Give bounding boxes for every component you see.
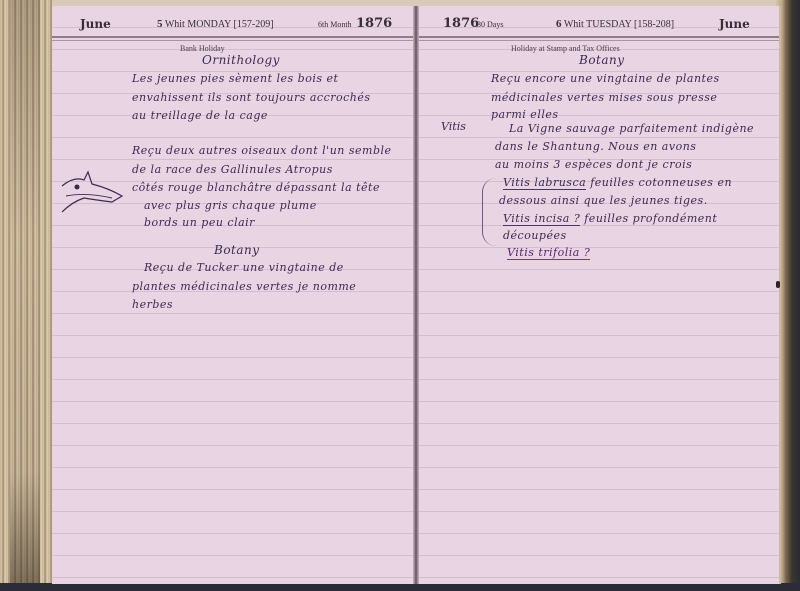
day-number: 5	[157, 18, 163, 30]
page-edges-left	[0, 0, 52, 591]
left-page-header: June 5 Whit MONDAY [157-209] 6th Month 1…	[52, 12, 415, 38]
year-label: 1876	[443, 16, 479, 31]
year-label: 1876	[356, 16, 392, 31]
day-label: Whit TUESDAY	[564, 19, 632, 30]
day-number: 6	[556, 18, 562, 30]
species-name: Vitis incisa ?	[503, 212, 580, 226]
text-line: bords un peu clair	[144, 212, 255, 234]
day-range: [157-209]	[234, 19, 274, 30]
text-line: herbes	[132, 294, 173, 316]
species-line: Vitis trifolia ?	[507, 242, 590, 264]
species-note: découpées	[503, 229, 567, 242]
day-title: 5 Whit MONDAY [157-209]	[157, 18, 274, 30]
bottom-edge	[0, 583, 800, 591]
bird-head-sketch-icon	[56, 168, 128, 218]
margin-label: Vitis	[441, 120, 466, 133]
day-title: 6 Whit TUESDAY [158-208]	[556, 18, 674, 30]
right-page: 1876 30 Days 6 Whit TUESDAY [158-208] Ju…	[418, 6, 781, 584]
species-note: dessous ainsi que les jeunes tiges.	[499, 194, 708, 207]
day-label: Whit MONDAY	[165, 19, 231, 30]
species-note: feuilles cotonneuses en	[590, 176, 732, 189]
species-name: Vitis trifolia ?	[507, 246, 590, 260]
right-page-header: 1876 30 Days 6 Whit TUESDAY [158-208] Ju…	[419, 12, 779, 38]
species-name: Vitis labrusca	[503, 176, 586, 190]
ink-spot	[776, 281, 780, 288]
text-line: au treillage de la cage	[132, 105, 268, 127]
days-in-month: 30 Days	[477, 20, 503, 29]
species-note: feuilles profondément	[584, 212, 717, 225]
species-bracket	[482, 178, 497, 246]
month-label: June	[80, 17, 111, 31]
month-number: 6th Month	[318, 20, 352, 29]
month-label: June	[719, 17, 750, 31]
day-range: [158-208]	[634, 19, 674, 30]
diary-spread: June 5 Whit MONDAY [157-209] 6th Month 1…	[0, 0, 800, 591]
left-page: June 5 Whit MONDAY [157-209] 6th Month 1…	[52, 6, 416, 584]
